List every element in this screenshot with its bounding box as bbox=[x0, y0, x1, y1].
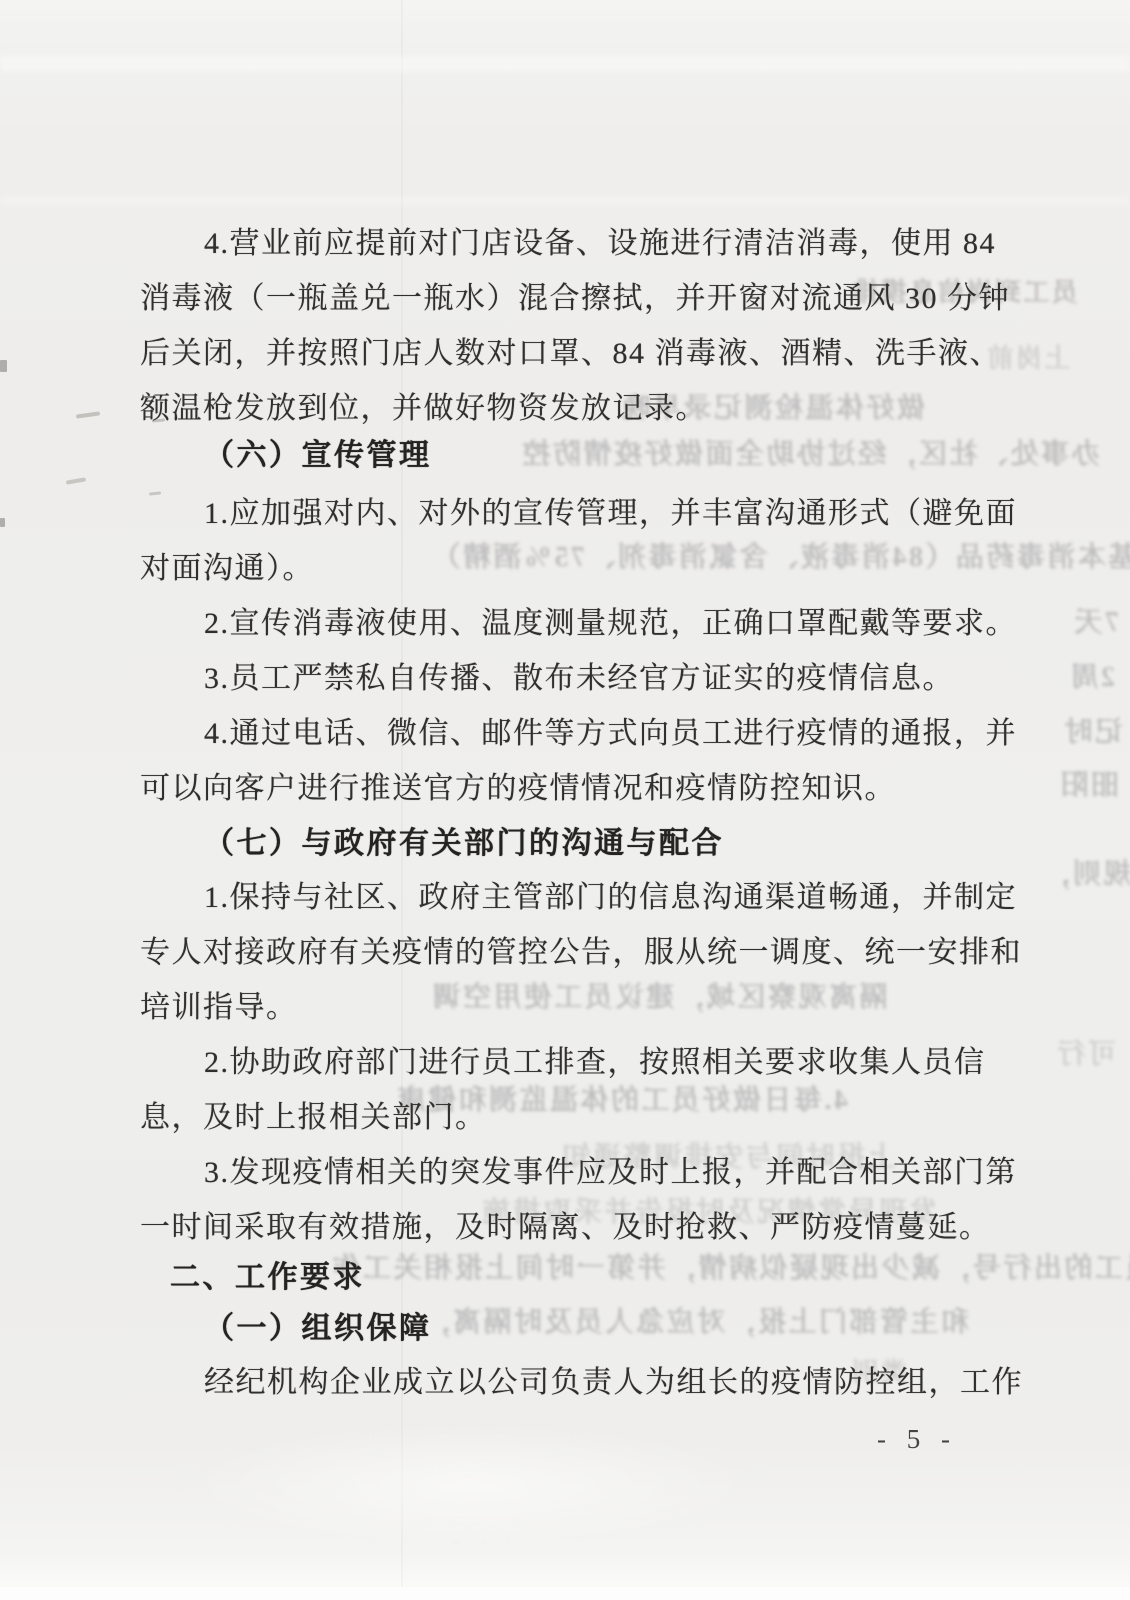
section-heading: （六）宣传管理 bbox=[204, 430, 432, 474]
paper-sheen-artifact bbox=[170, 1420, 770, 1550]
bleedthrough-text: 7天 bbox=[1072, 600, 1119, 640]
body-line: 4.营业前应提前对门店设备、设施进行清洁消毒，使用 84 bbox=[204, 218, 996, 262]
body-line: 1.应加强对内、对外的宣传管理，并丰富沟通形式（避免面 bbox=[204, 488, 1017, 532]
page-number: - 5 - bbox=[877, 1424, 957, 1455]
pencil-mark-artifact bbox=[66, 477, 86, 484]
section-heading: （七）与政府有关部门的沟通与配合 bbox=[204, 818, 724, 862]
body-line: 1.保持与社区、政府主管部门的信息沟通渠道畅通，并制定 bbox=[204, 872, 1017, 916]
body-line: 4.通过电话、微信、邮件等方式向员工进行疫情的通报，并 bbox=[204, 708, 1017, 752]
body-line: 后关闭，并按照门店人数对口罩、84 消毒液、酒精、洗手液、 bbox=[140, 328, 1001, 372]
bleedthrough-text: 隔离观察区域，建议员工使用空调 bbox=[430, 975, 888, 1015]
body-line: 息，及时上报相关部门。 bbox=[140, 1092, 487, 1136]
bleedthrough-text: 规则， bbox=[1040, 852, 1130, 892]
body-line: 2.协助政府部门进行员工排查，按照相关要求收集人员信 bbox=[204, 1037, 986, 1081]
body-line: 3.发现疫情相关的突发事件应及时上报，并配合相关部门第 bbox=[204, 1147, 1017, 1191]
section-heading: （一）组织保障 bbox=[204, 1303, 432, 1347]
scan-edge-strip bbox=[0, 1587, 1130, 1600]
scan-light-band bbox=[0, 196, 1130, 206]
bleedthrough-text: 办事处、社区，经过协助全面做好疫情防控 bbox=[520, 432, 1100, 472]
pencil-mark-artifact bbox=[149, 491, 161, 495]
body-line: 一时间采取有效措施，及时隔离、及时抢救、严防疫情蔓延。 bbox=[140, 1202, 991, 1246]
body-line: 经纪机构企业成立以公司负责人为组长的疫情防控组，工作 bbox=[204, 1357, 1023, 1401]
pencil-mark-artifact bbox=[76, 411, 100, 418]
bleedthrough-text: 和主管部门上报，对应急人员及时隔离， bbox=[420, 1300, 969, 1340]
body-line: 对面沟通）。 bbox=[140, 543, 314, 587]
scan-light-band bbox=[0, 56, 1130, 72]
body-line: 3.员工严禁私自传播、散布未经官方证实的疫情信息。 bbox=[204, 653, 954, 697]
body-line: 额温枪发放到位，并做好物资发放记录。 bbox=[140, 383, 707, 427]
body-line: 专人对接政府有关疫情的管控公告，服从统一调度、统一安排和 bbox=[140, 927, 1022, 971]
scan-speck-artifact bbox=[0, 360, 7, 372]
section-heading: 二、工作要求 bbox=[170, 1252, 365, 1296]
bleedthrough-text: 可行 bbox=[1055, 1032, 1116, 1072]
body-line: 可以向客户进行推送官方的疫情情况和疫情防控知识。 bbox=[140, 763, 896, 807]
scanned-document-page: 员工到岗信息摸排 上岗前 做好体温检测记录早晚 办事处、社区，经过协助全面做好疫… bbox=[0, 0, 1130, 1600]
bleedthrough-text: 2周 bbox=[1068, 655, 1115, 695]
bleedthrough-text: 员工的出行号，减少出现疑似病情，并第一时间上报相关工作 bbox=[330, 1246, 1130, 1286]
body-line: 消毒液（一瓶盖兑一瓶水）混合擦拭，并开窗对流通风 30 分钟 bbox=[140, 273, 1010, 317]
scan-speck-artifact bbox=[0, 518, 5, 527]
bleedthrough-text: 昍阳 bbox=[1058, 763, 1119, 803]
body-line: 2.宣传消毒液使用、温度测量规范，正确口罩配戴等要求。 bbox=[204, 598, 1017, 642]
body-line: 培训指导。 bbox=[140, 982, 298, 1026]
bleedthrough-text: 记时 bbox=[1062, 710, 1123, 750]
bleedthrough-text: 1.基本消毒药品（84消毒液、含氯消毒剂、75%酒精） bbox=[430, 535, 1130, 575]
